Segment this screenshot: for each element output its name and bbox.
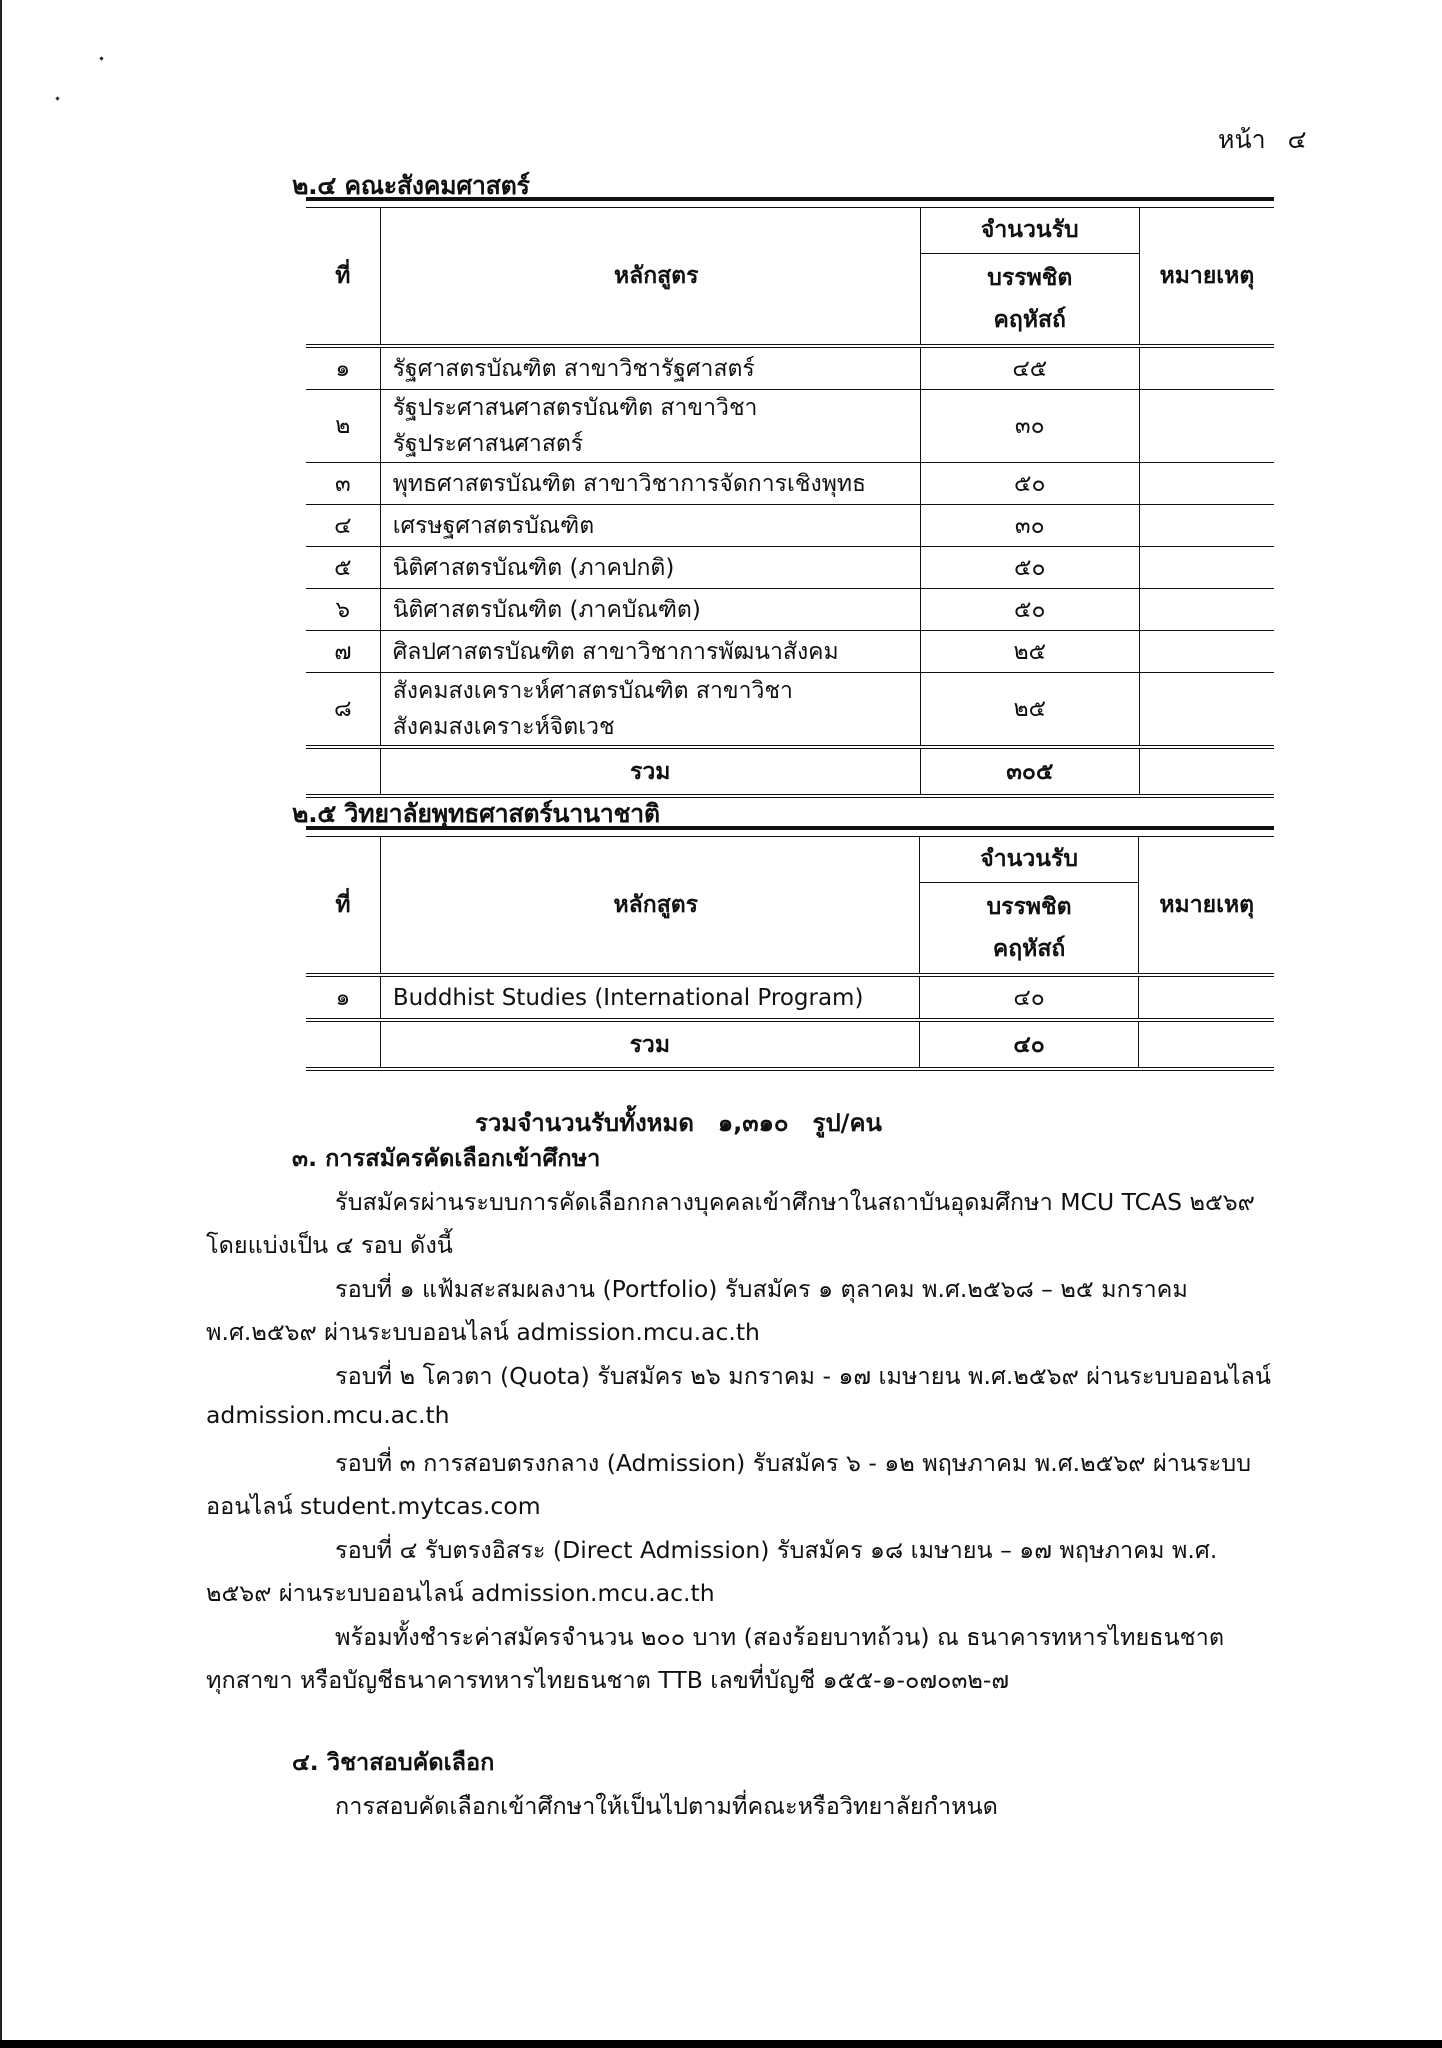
total-row: รวม๓๐๕ xyxy=(306,747,1274,796)
total-course-cell: รวม xyxy=(380,1020,919,1069)
count-cell: ๕๐ xyxy=(920,589,1139,631)
course-cell: รัฐศาสตรบัณฑิต สาขาวิชารัฐศาสตร์ xyxy=(380,346,920,390)
page-number: หน้า๔ xyxy=(1218,120,1307,160)
faculty-social-science-table: ที่ หลักสูตร จำนวนรับ หมายเหตุ บรรพชิต ค… xyxy=(306,207,1274,798)
table-row: ๘สังคมสงเคราะห์ศาสตรบัณฑิต สาขาวิชาสังคม… xyxy=(306,673,1274,748)
round-1-line: พ.ศ.๒๕๖๙ ผ่านระบบออนไลน์ admission.mcu.a… xyxy=(206,1314,760,1351)
page-number-value: ๔ xyxy=(1288,125,1307,154)
col-remark-header: หมายเหตุ xyxy=(1139,207,1274,346)
total-no-cell xyxy=(306,747,380,796)
no-cell: ๕ xyxy=(306,547,380,589)
remark-cell xyxy=(1139,346,1274,390)
no-cell: ๓ xyxy=(306,463,380,505)
remark-cell xyxy=(1139,547,1274,589)
course-cell: Buddhist Studies (International Program) xyxy=(380,975,919,1020)
count-cell: ๒๕ xyxy=(920,673,1139,748)
col-quota-header: จำนวนรับ xyxy=(919,836,1139,883)
table-row: ๕นิติศาสตรบัณฑิต (ภาคปกติ)๕๐ xyxy=(306,547,1274,589)
course-cell: ศิลปศาสตรบัณฑิต สาขาวิชาการพัฒนาสังคม xyxy=(380,631,920,673)
course-cell: นิติศาสตรบัณฑิต (ภาคบัณฑิต) xyxy=(380,589,920,631)
course-cell: รัฐประศาสนศาสตรบัณฑิต สาขาวิชารัฐประศาสน… xyxy=(380,390,920,463)
round-1-line: รอบที่ ๑ แฟ้มสะสมผลงาน (Portfolio) รับสม… xyxy=(335,1271,1188,1308)
col-quota-header: จำนวนรับ xyxy=(920,207,1139,254)
col-quota-subheader: บรรพชิต คฤหัสถ์ xyxy=(920,254,1139,347)
remark-cell xyxy=(1139,463,1274,505)
course-cell: สังคมสงเคราะห์ศาสตรบัณฑิต สาขาวิชาสังคมส… xyxy=(380,673,920,748)
remark-cell xyxy=(1139,505,1274,547)
table-row: ๔เศรษฐศาสตรบัณฑิต๓๐ xyxy=(306,505,1274,547)
round-3-line: รอบที่ ๓ การสอบตรงกลาง (Admission) รับสม… xyxy=(335,1445,1251,1482)
round-2-line: admission.mcu.ac.th xyxy=(206,1401,450,1429)
no-cell: ๗ xyxy=(306,631,380,673)
total-remark-cell xyxy=(1139,747,1274,796)
table-row: ๑รัฐศาสตรบัณฑิต สาขาวิชารัฐศาสตร์๔๕ xyxy=(306,346,1274,390)
col-course-header: หลักสูตร xyxy=(380,207,920,346)
count-cell: ๔๐ xyxy=(919,975,1139,1020)
fee-line: พร้อมทั้งชำระค่าสมัครจำนวน ๒๐๐ บาท (สองร… xyxy=(335,1619,1224,1656)
count-cell: ๓๐ xyxy=(920,505,1139,547)
course-cell: เศรษฐศาสตรบัณฑิต xyxy=(380,505,920,547)
course-cell: พุทธศาสตรบัณฑิต สาขาวิชาการจัดการเชิงพุท… xyxy=(380,463,920,505)
section-4-heading: ๔. วิชาสอบคัดเลือก xyxy=(292,1744,494,1781)
round-3-line: ออนไลน์ student.mytcas.com xyxy=(206,1488,541,1525)
grand-total-label: รวมจำนวนรับทั้งหมด xyxy=(475,1109,694,1137)
no-cell: ๒ xyxy=(306,390,380,463)
round-4-line: ๒๕๖๙ ผ่านระบบออนไลน์ admission.mcu.ac.th xyxy=(206,1575,715,1612)
scan-edge-left xyxy=(0,0,2,2048)
section-4-line: การสอบคัดเลือกเข้าศึกษาให้เป็นไปตามที่คณ… xyxy=(335,1788,998,1825)
section-3-line: รับสมัครผ่านระบบการคัดเลือกกลางบุคคลเข้า… xyxy=(335,1184,1255,1221)
table-row: ๒รัฐประศาสนศาสตรบัณฑิต สาขาวิชารัฐประศาส… xyxy=(306,390,1274,463)
remark-cell xyxy=(1139,631,1274,673)
table-row: ๗ศิลปศาสตรบัณฑิต สาขาวิชาการพัฒนาสังคม๒๕ xyxy=(306,631,1274,673)
count-cell: ๒๕ xyxy=(920,631,1139,673)
col-no-header: ที่ xyxy=(306,207,380,346)
total-count-cell: ๔๐ xyxy=(919,1020,1139,1069)
remark-cell xyxy=(1139,975,1274,1020)
total-no-cell xyxy=(306,1020,380,1069)
remark-cell xyxy=(1139,390,1274,463)
international-buddhist-college-table: ที่ หลักสูตร จำนวนรับ หมายเหตุ บรรพชิต ค… xyxy=(306,836,1274,1071)
count-cell: ๓๐ xyxy=(920,390,1139,463)
total-course-cell: รวม xyxy=(380,747,920,796)
fee-line: ทุกสาขา หรือบัญชีธนาคารทหารไทยธนชาต TTB … xyxy=(206,1662,1009,1699)
col-course-header: หลักสูตร xyxy=(380,836,919,975)
total-remark-cell xyxy=(1139,1020,1274,1069)
round-4-line: รอบที่ ๔ รับตรงอิสระ (Direct Admission) … xyxy=(335,1532,1217,1569)
table-row: ๖นิติศาสตรบัณฑิต (ภาคบัณฑิต)๕๐ xyxy=(306,589,1274,631)
no-cell: ๑ xyxy=(306,975,380,1020)
no-cell: ๔ xyxy=(306,505,380,547)
page-label: หน้า xyxy=(1218,125,1266,154)
table-row: ๑Buddhist Studies (International Program… xyxy=(306,975,1274,1020)
remark-cell xyxy=(1139,673,1274,748)
no-cell: ๘ xyxy=(306,673,380,748)
section-3-heading: ๓. การสมัครคัดเลือกเข้าศึกษา xyxy=(292,1140,600,1177)
remark-cell xyxy=(1139,589,1274,631)
course-cell: นิติศาสตรบัณฑิต (ภาคปกติ) xyxy=(380,547,920,589)
round-2-line: รอบที่ ๒ โควตา (Quota) รับสมัคร ๒๖ มกราค… xyxy=(335,1358,1271,1395)
grand-total: รวมจำนวนรับทั้งหมด๑,๓๑๐รูป/คน xyxy=(475,1103,906,1142)
grand-total-unit: รูป/คน xyxy=(813,1109,882,1137)
total-count-cell: ๓๐๕ xyxy=(920,747,1139,796)
no-cell: ๖ xyxy=(306,589,380,631)
scan-edge-bottom xyxy=(0,2040,1442,2048)
count-cell: ๕๐ xyxy=(920,547,1139,589)
count-cell: ๔๕ xyxy=(920,346,1139,390)
grand-total-value: ๑,๓๑๐ xyxy=(718,1109,789,1137)
count-cell: ๕๐ xyxy=(920,463,1139,505)
total-row: รวม๔๐ xyxy=(306,1020,1274,1069)
col-remark-header: หมายเหตุ xyxy=(1139,836,1274,975)
no-cell: ๑ xyxy=(306,346,380,390)
section-3-line: โดยแบ่งเป็น ๔ รอบ ดังนี้ xyxy=(206,1227,453,1264)
scan-speck xyxy=(99,56,103,60)
scan-speck xyxy=(55,96,59,100)
col-quota-subheader: บรรพชิต คฤหัสถ์ xyxy=(919,883,1139,976)
col-no-header: ที่ xyxy=(306,836,380,975)
table-row: ๓พุทธศาสตรบัณฑิต สาขาวิชาการจัดการเชิงพุ… xyxy=(306,463,1274,505)
